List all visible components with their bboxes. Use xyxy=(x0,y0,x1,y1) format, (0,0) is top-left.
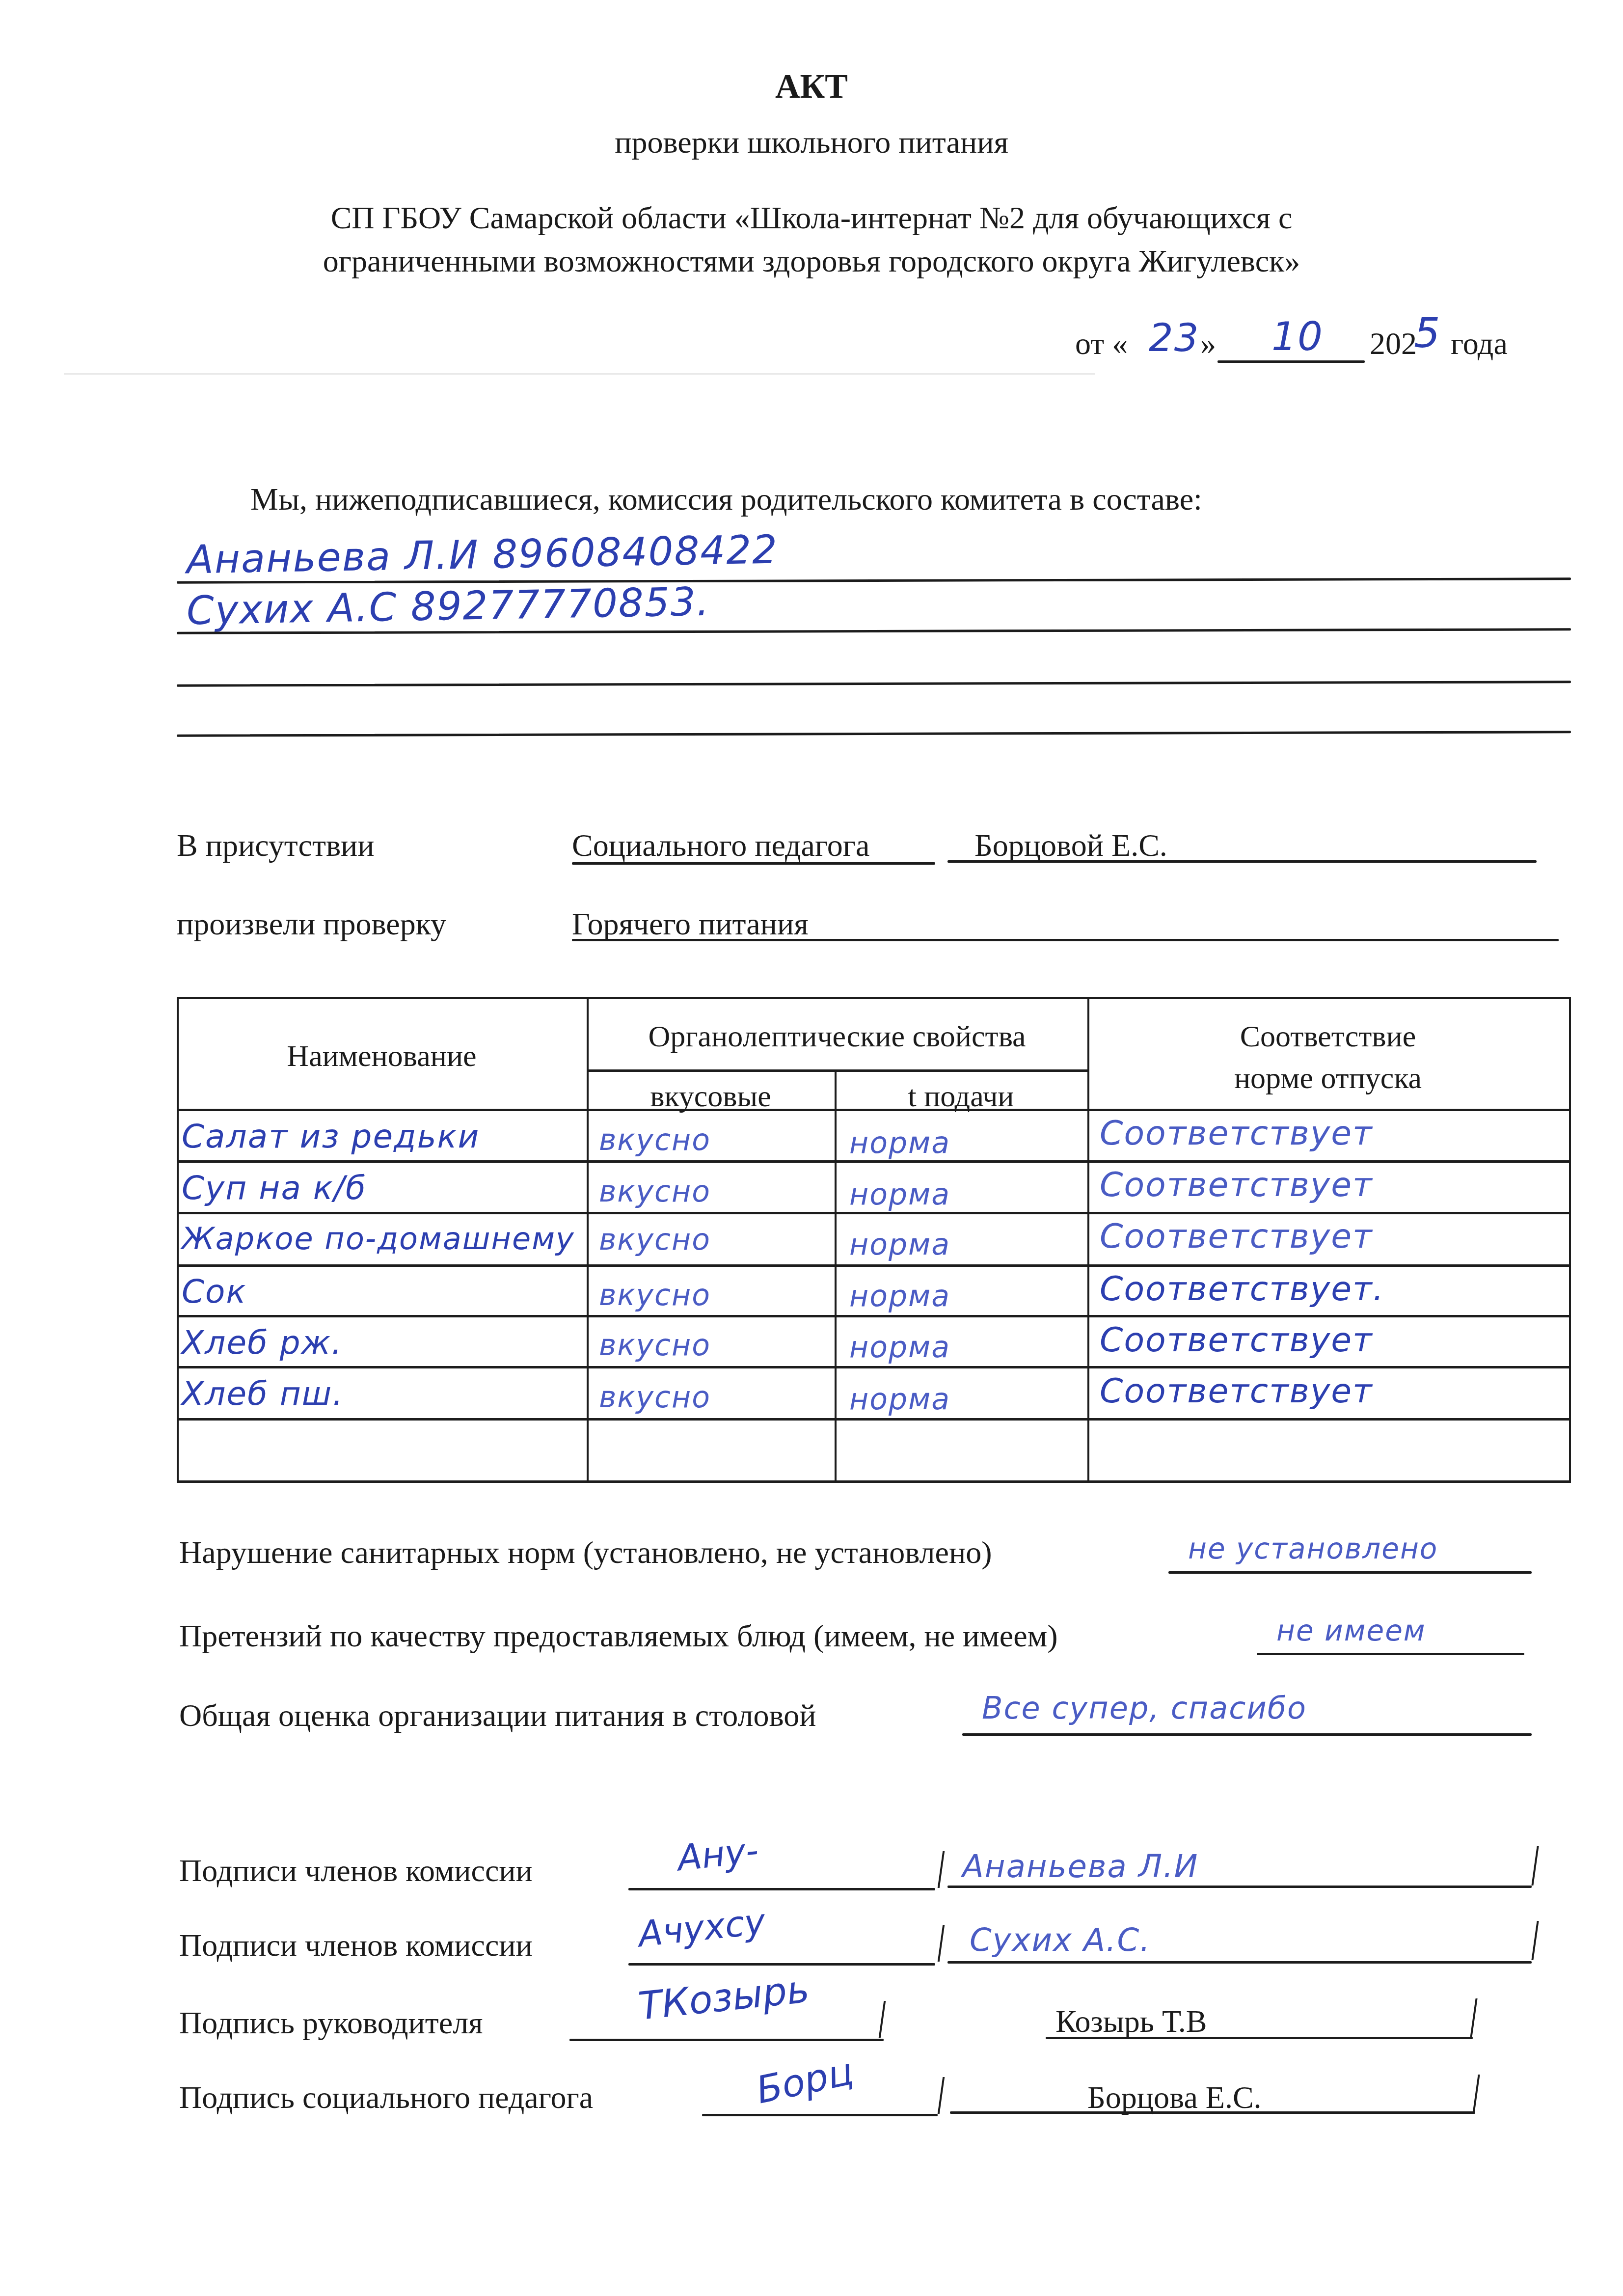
row-5-name[interactable]: Хлеб рж. xyxy=(182,1327,343,1359)
signature-line-social-pedagogue xyxy=(702,2114,938,2116)
row-4-temp[interactable]: норма xyxy=(849,1282,950,1311)
row-1-temp[interactable]: норма xyxy=(849,1128,950,1158)
scan-noise xyxy=(64,373,1095,375)
claims-underline xyxy=(1257,1653,1524,1655)
row-6-compliance[interactable]: Соответствует xyxy=(1100,1375,1373,1408)
name-social-pedagogue: Борцова Е.С. xyxy=(1087,2082,1262,2113)
date-year-digit[interactable]: 5 xyxy=(1414,312,1441,354)
claims-value[interactable]: не имеем xyxy=(1276,1616,1426,1645)
row-5-compliance[interactable]: Соответствует xyxy=(1100,1324,1373,1357)
signature-director[interactable]: ТКозырь xyxy=(637,1970,811,2026)
date-mid: » xyxy=(1200,328,1216,359)
name-member-1[interactable]: Ананьева Л.И xyxy=(962,1851,1198,1883)
document-title: АКТ xyxy=(0,70,1623,104)
separator-slash xyxy=(938,1851,945,1888)
row-6-name[interactable]: Хлеб пш. xyxy=(182,1378,344,1410)
table-col-divider-2 xyxy=(835,1070,837,1483)
date-prefix: от « xyxy=(1075,328,1128,359)
signature-member-1[interactable]: Ану- xyxy=(676,1832,760,1876)
table-header-split xyxy=(587,1069,1088,1072)
row-5-temp[interactable]: норма xyxy=(849,1333,950,1362)
row-3-taste[interactable]: вкусно xyxy=(599,1225,711,1255)
name-director: Козырь Т.В xyxy=(1055,2006,1207,2037)
inspection-underline xyxy=(572,939,1559,941)
header-compliance-1: Соответствие xyxy=(1087,1021,1569,1052)
row-2-temp[interactable]: норма xyxy=(849,1180,950,1209)
row-2-name[interactable]: Суп на к/б xyxy=(182,1172,367,1204)
commission-member-1[interactable]: Ананьева Л.И 89608408422 xyxy=(186,530,778,579)
row-3-name[interactable]: Жаркое по-домашнему xyxy=(182,1224,575,1254)
table-border-bottom xyxy=(177,1480,1571,1483)
claims-label: Претензий по качеству предоставляемых бл… xyxy=(179,1620,1057,1652)
signature-social-pedagogue[interactable]: Борц xyxy=(753,2052,856,2109)
date-line: от « 23 » 10 202 5 года xyxy=(1075,322,1591,366)
date-month-underline xyxy=(1217,360,1365,363)
header-compliance-2: норме отпуска xyxy=(1087,1063,1569,1093)
signature-line-director xyxy=(569,2039,884,2041)
row-1-name[interactable]: Салат из редьки xyxy=(182,1121,480,1153)
separator-slash xyxy=(1470,1998,1477,2038)
table-row-line xyxy=(177,1264,1571,1267)
assessment-underline xyxy=(962,1733,1532,1736)
presence-person-underline xyxy=(947,860,1537,863)
name-line-member-1 xyxy=(947,1886,1532,1888)
inspection-label: произвели проверку xyxy=(177,908,446,940)
organization-line-2: ограниченными возможностями здоровья гор… xyxy=(0,246,1623,277)
header-name: Наименование xyxy=(177,1041,587,1071)
signature-member-2[interactable]: Ачухсу xyxy=(637,1904,767,1952)
separator-slash xyxy=(879,2001,886,2038)
commission-line-3 xyxy=(177,681,1571,686)
sanitary-label: Нарушение санитарных норм (установлено, … xyxy=(179,1537,992,1568)
header-taste: вкусовые xyxy=(587,1081,835,1112)
assessment-value[interactable]: Все супер, спасибо xyxy=(982,1693,1307,1723)
sanitary-value[interactable]: не установлено xyxy=(1188,1534,1438,1563)
row-6-taste[interactable]: вкусно xyxy=(599,1383,711,1412)
table-border-right xyxy=(1569,997,1571,1483)
name-line-social-pedagogue xyxy=(950,2111,1475,2114)
presence-role: Социального педагога xyxy=(572,830,869,861)
table-row-line xyxy=(177,1315,1571,1317)
row-4-compliance[interactable]: Соответствует. xyxy=(1100,1273,1384,1306)
header-serving-temp: t подачи xyxy=(835,1081,1087,1112)
row-2-compliance[interactable]: Соответствует xyxy=(1100,1169,1373,1202)
row-1-compliance[interactable]: Соответствует xyxy=(1100,1117,1373,1150)
document-subtitle: проверки школьного питания xyxy=(0,127,1623,158)
row-2-taste[interactable]: вкусно xyxy=(599,1177,711,1206)
presence-label: В присутствии xyxy=(177,830,375,861)
inspection-table: Наименование Органолептические свойства … xyxy=(177,997,1571,1483)
table-border-top xyxy=(177,997,1571,999)
date-year-prefix: 202 xyxy=(1370,328,1417,359)
name-line-director xyxy=(1046,2037,1473,2039)
date-day[interactable]: 23 xyxy=(1149,319,1199,357)
header-organoleptic: Органолептические свойства xyxy=(587,1021,1087,1052)
separator-slash xyxy=(938,1925,945,1962)
date-month[interactable]: 10 xyxy=(1271,317,1324,356)
table-row-line xyxy=(177,1212,1571,1214)
separator-slash xyxy=(1472,2075,1480,2114)
presence-person: Борцовой Е.С. xyxy=(974,830,1167,861)
separator-slash xyxy=(1531,1921,1539,1960)
table-row-line xyxy=(177,1366,1571,1368)
row-6-temp[interactable]: норма xyxy=(849,1385,950,1414)
commission-member-2[interactable]: Сухих А.С 89277770853. xyxy=(186,582,710,631)
row-3-temp[interactable]: норма xyxy=(849,1230,950,1259)
separator-slash xyxy=(938,2077,945,2114)
row-1-taste[interactable]: вкусно xyxy=(599,1125,711,1155)
commission-line-4 xyxy=(177,731,1571,737)
signature-line-member-2 xyxy=(628,1963,935,1966)
row-3-compliance[interactable]: Соответствует xyxy=(1100,1220,1373,1254)
signature-label-social-pedagogue: Подпись социального педагога xyxy=(179,2082,593,2113)
separator-slash xyxy=(1531,1846,1539,1886)
organization-line-1: СП ГБОУ Самарской области «Школа-интерна… xyxy=(0,202,1623,234)
assessment-label: Общая оценка организации питания в столо… xyxy=(179,1700,816,1731)
signature-label-member-2: Подписи членов комиссии xyxy=(179,1930,533,1961)
date-suffix: года xyxy=(1451,328,1508,359)
signature-line-member-1 xyxy=(628,1888,935,1890)
presence-role-underline xyxy=(572,862,935,865)
row-5-taste[interactable]: вкусно xyxy=(599,1331,711,1360)
sanitary-underline xyxy=(1168,1571,1532,1574)
row-4-name[interactable]: Сок xyxy=(182,1276,246,1308)
table-row-line xyxy=(177,1160,1571,1163)
commission-intro: Мы, нижеподписавшиеся, комиссия родитель… xyxy=(250,484,1202,515)
name-member-2[interactable]: Сухих А.С. xyxy=(970,1925,1151,1956)
signature-label-director: Подпись руководителя xyxy=(179,2007,483,2039)
signature-label-member-1: Подписи членов комиссии xyxy=(179,1855,533,1886)
row-4-taste[interactable]: вкусно xyxy=(599,1281,711,1310)
inspection-type: Горячего питания xyxy=(572,908,809,940)
table-row-line xyxy=(177,1418,1571,1421)
name-line-member-2 xyxy=(947,1961,1532,1964)
